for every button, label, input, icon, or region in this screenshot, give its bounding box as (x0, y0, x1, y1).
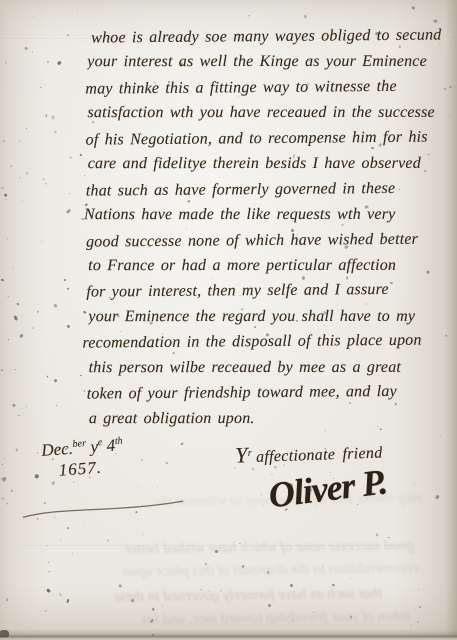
letter-body: whoe is already soe many wayes obliged t… (85, 23, 454, 432)
letter-line: recomendation in the disposall of this p… (82, 328, 453, 357)
date-block: Dec.ber ye 4th 1657. (41, 435, 125, 482)
date-month: Dec. (41, 439, 74, 460)
date-ye-superscript: e (97, 437, 102, 448)
valediction-superscript: r (248, 448, 253, 459)
letter-line: your interest as well the Kinge as your … (87, 49, 452, 75)
date-day-superscript: th (114, 436, 123, 448)
letter-line: good successe none of which have wished … (86, 226, 453, 255)
letter-line: may thinke this a fittinge way to witnes… (85, 73, 452, 102)
letter-line: satisfaction wth you have receaued in th… (87, 100, 452, 126)
letter-line: your Eminence the regard you shall have … (88, 304, 453, 330)
valediction-initial: Y (235, 442, 248, 467)
letter-line: a great obligation upon. (89, 405, 454, 431)
manuscript-letter-photo: whoe is already soe many wayes obliged t… (0, 0, 457, 640)
letter-line: this person wilbe receaued by mee as a g… (89, 355, 454, 381)
ink-blot (0, 630, 9, 639)
letter-line: that such as have formerly governed in t… (86, 175, 453, 204)
closing-block: Yraffectionate friend Oliver P. (235, 437, 388, 512)
letter-line: Nations have made the like requests wth … (84, 202, 453, 228)
letter-line: care and fidelitye therein besids I have… (88, 151, 453, 177)
letter-line: token of your friendship toward mee, and… (87, 379, 454, 408)
letter-line: whoe is already soe many wayes obliged t… (91, 22, 452, 51)
letter-line: to France or had a more perticular affec… (88, 253, 453, 279)
date-month-superscript: ber (72, 438, 86, 450)
letter-line: for your interest, then my selfe and I a… (86, 277, 453, 306)
letter-line: of his Negotiation, and to recompense hi… (86, 124, 453, 153)
